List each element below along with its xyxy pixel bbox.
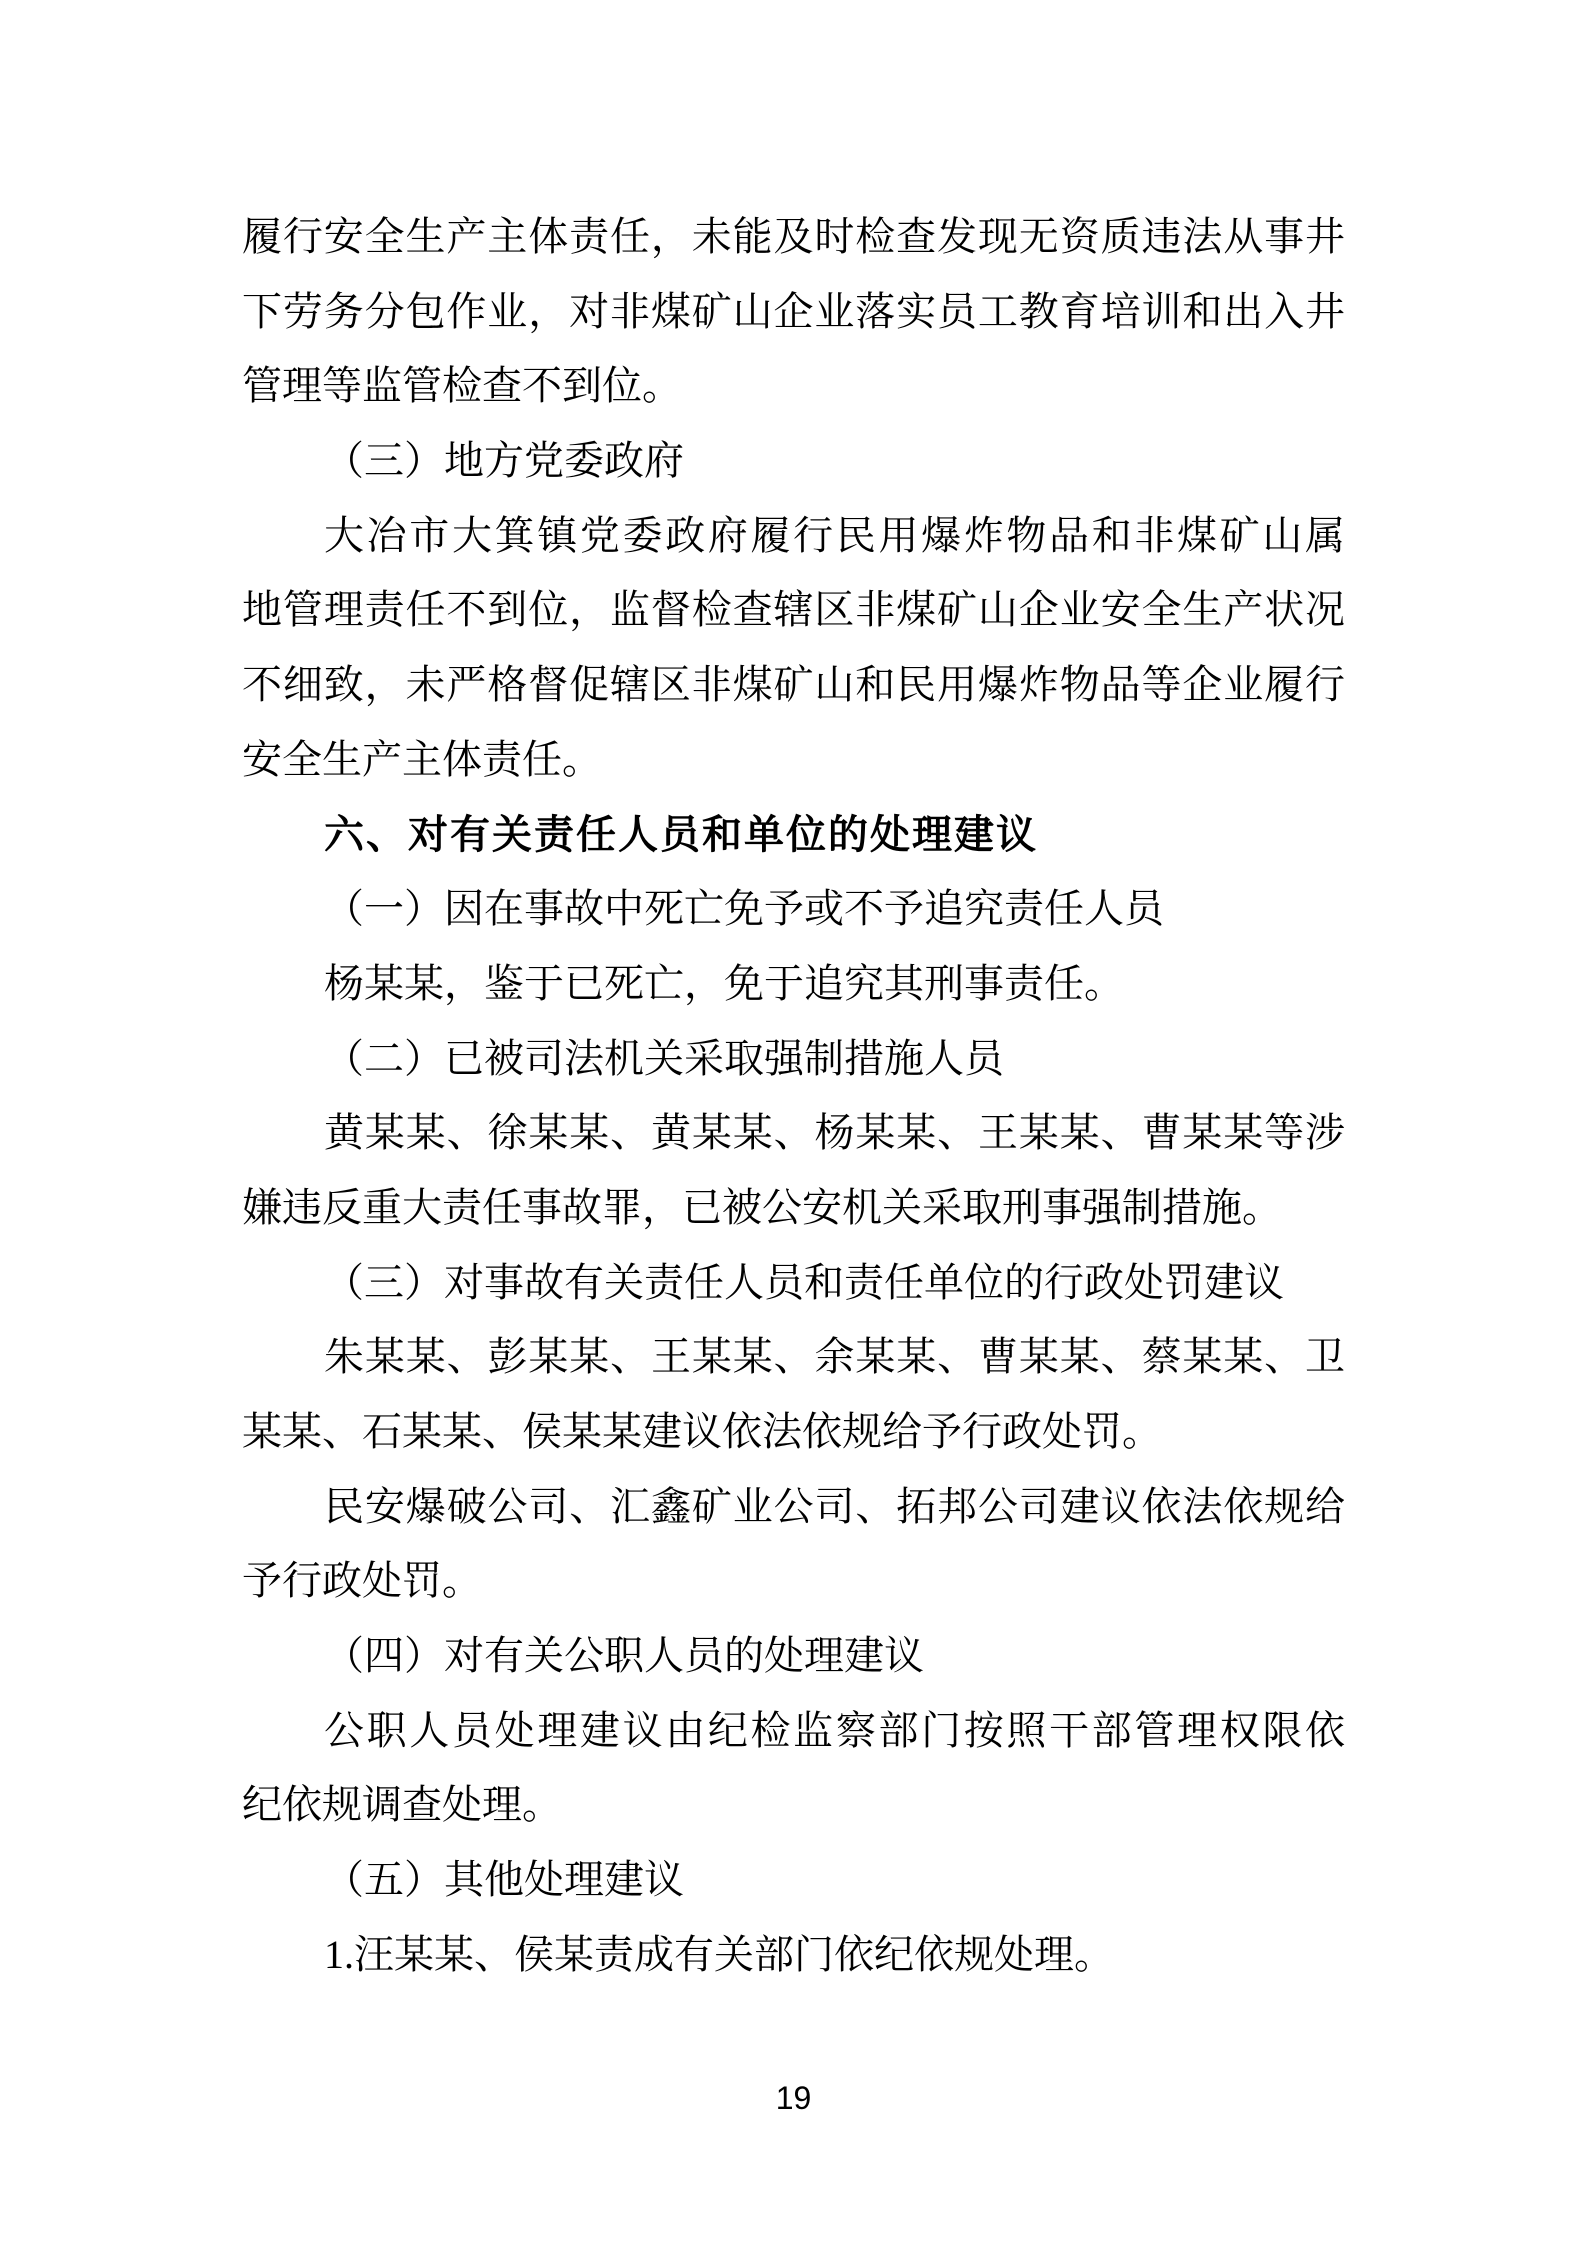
text-line: 朱某某、彭某某、王某某、余某某、曹某某、蔡某某、卫 — [242, 1320, 1345, 1395]
text-line: 管理等监管检查不到位。 — [242, 349, 1345, 424]
text-line: 公职人员处理建议由纪检监察部门按照干部管理权限依 — [242, 1694, 1345, 1769]
text-line: 不细致，未严格督促辖区非煤矿山和民用爆炸物品等企业履行 — [242, 648, 1345, 723]
text-line: 下劳务分包作业，对非煤矿山企业落实员工教育培训和出入井 — [242, 275, 1345, 350]
text-line: （二）已被司法机关采取强制措施人员 — [242, 1022, 1345, 1097]
text-line: 安全生产主体责任。 — [242, 723, 1345, 798]
text-line: 六、对有关责任人员和单位的处理建议 — [242, 798, 1345, 873]
text-line: 予行政处罚。 — [242, 1544, 1345, 1619]
text-line: 嫌违反重大责任事故罪，已被公安机关采取刑事强制措施。 — [242, 1171, 1345, 1246]
text-block: 履行安全生产主体责任，未能及时检查发现无资质违法从事井下劳务分包作业，对非煤矿山… — [242, 200, 1345, 1993]
text-line: 大冶市大箕镇党委政府履行民用爆炸物品和非煤矿山属 — [242, 499, 1345, 574]
text-line: （四）对有关公职人员的处理建议 — [242, 1619, 1345, 1694]
text-line: 履行安全生产主体责任，未能及时检查发现无资质违法从事井 — [242, 200, 1345, 275]
text-line: 某某、石某某、侯某某建议依法依规给予行政处罚。 — [242, 1395, 1345, 1470]
text-line: 地管理责任不到位，监督检查辖区非煤矿山企业安全生产状况 — [242, 573, 1345, 648]
text-line: （一）因在事故中死亡免予或不予追究责任人员 — [242, 872, 1345, 947]
text-line: 1.汪某某、侯某责成有关部门依纪依规处理。 — [242, 1918, 1345, 1993]
text-line: （五）其他处理建议 — [242, 1843, 1345, 1918]
text-line: （三）对事故有关责任人员和责任单位的行政处罚建议 — [242, 1246, 1345, 1321]
text-line: （三）地方党委政府 — [242, 424, 1345, 499]
text-line: 纪依规调查处理。 — [242, 1768, 1345, 1843]
text-line: 黄某某、徐某某、黄某某、杨某某、王某某、曹某某等涉 — [242, 1096, 1345, 1171]
text-line: 杨某某，鉴于已死亡，免于追究其刑事责任。 — [242, 947, 1345, 1022]
document-page: 履行安全生产主体责任，未能及时检查发现无资质违法从事井下劳务分包作业，对非煤矿山… — [0, 0, 1587, 2245]
text-line: 民安爆破公司、汇鑫矿业公司、拓邦公司建议依法依规给 — [242, 1470, 1345, 1545]
page-number: 19 — [242, 2076, 1345, 2120]
